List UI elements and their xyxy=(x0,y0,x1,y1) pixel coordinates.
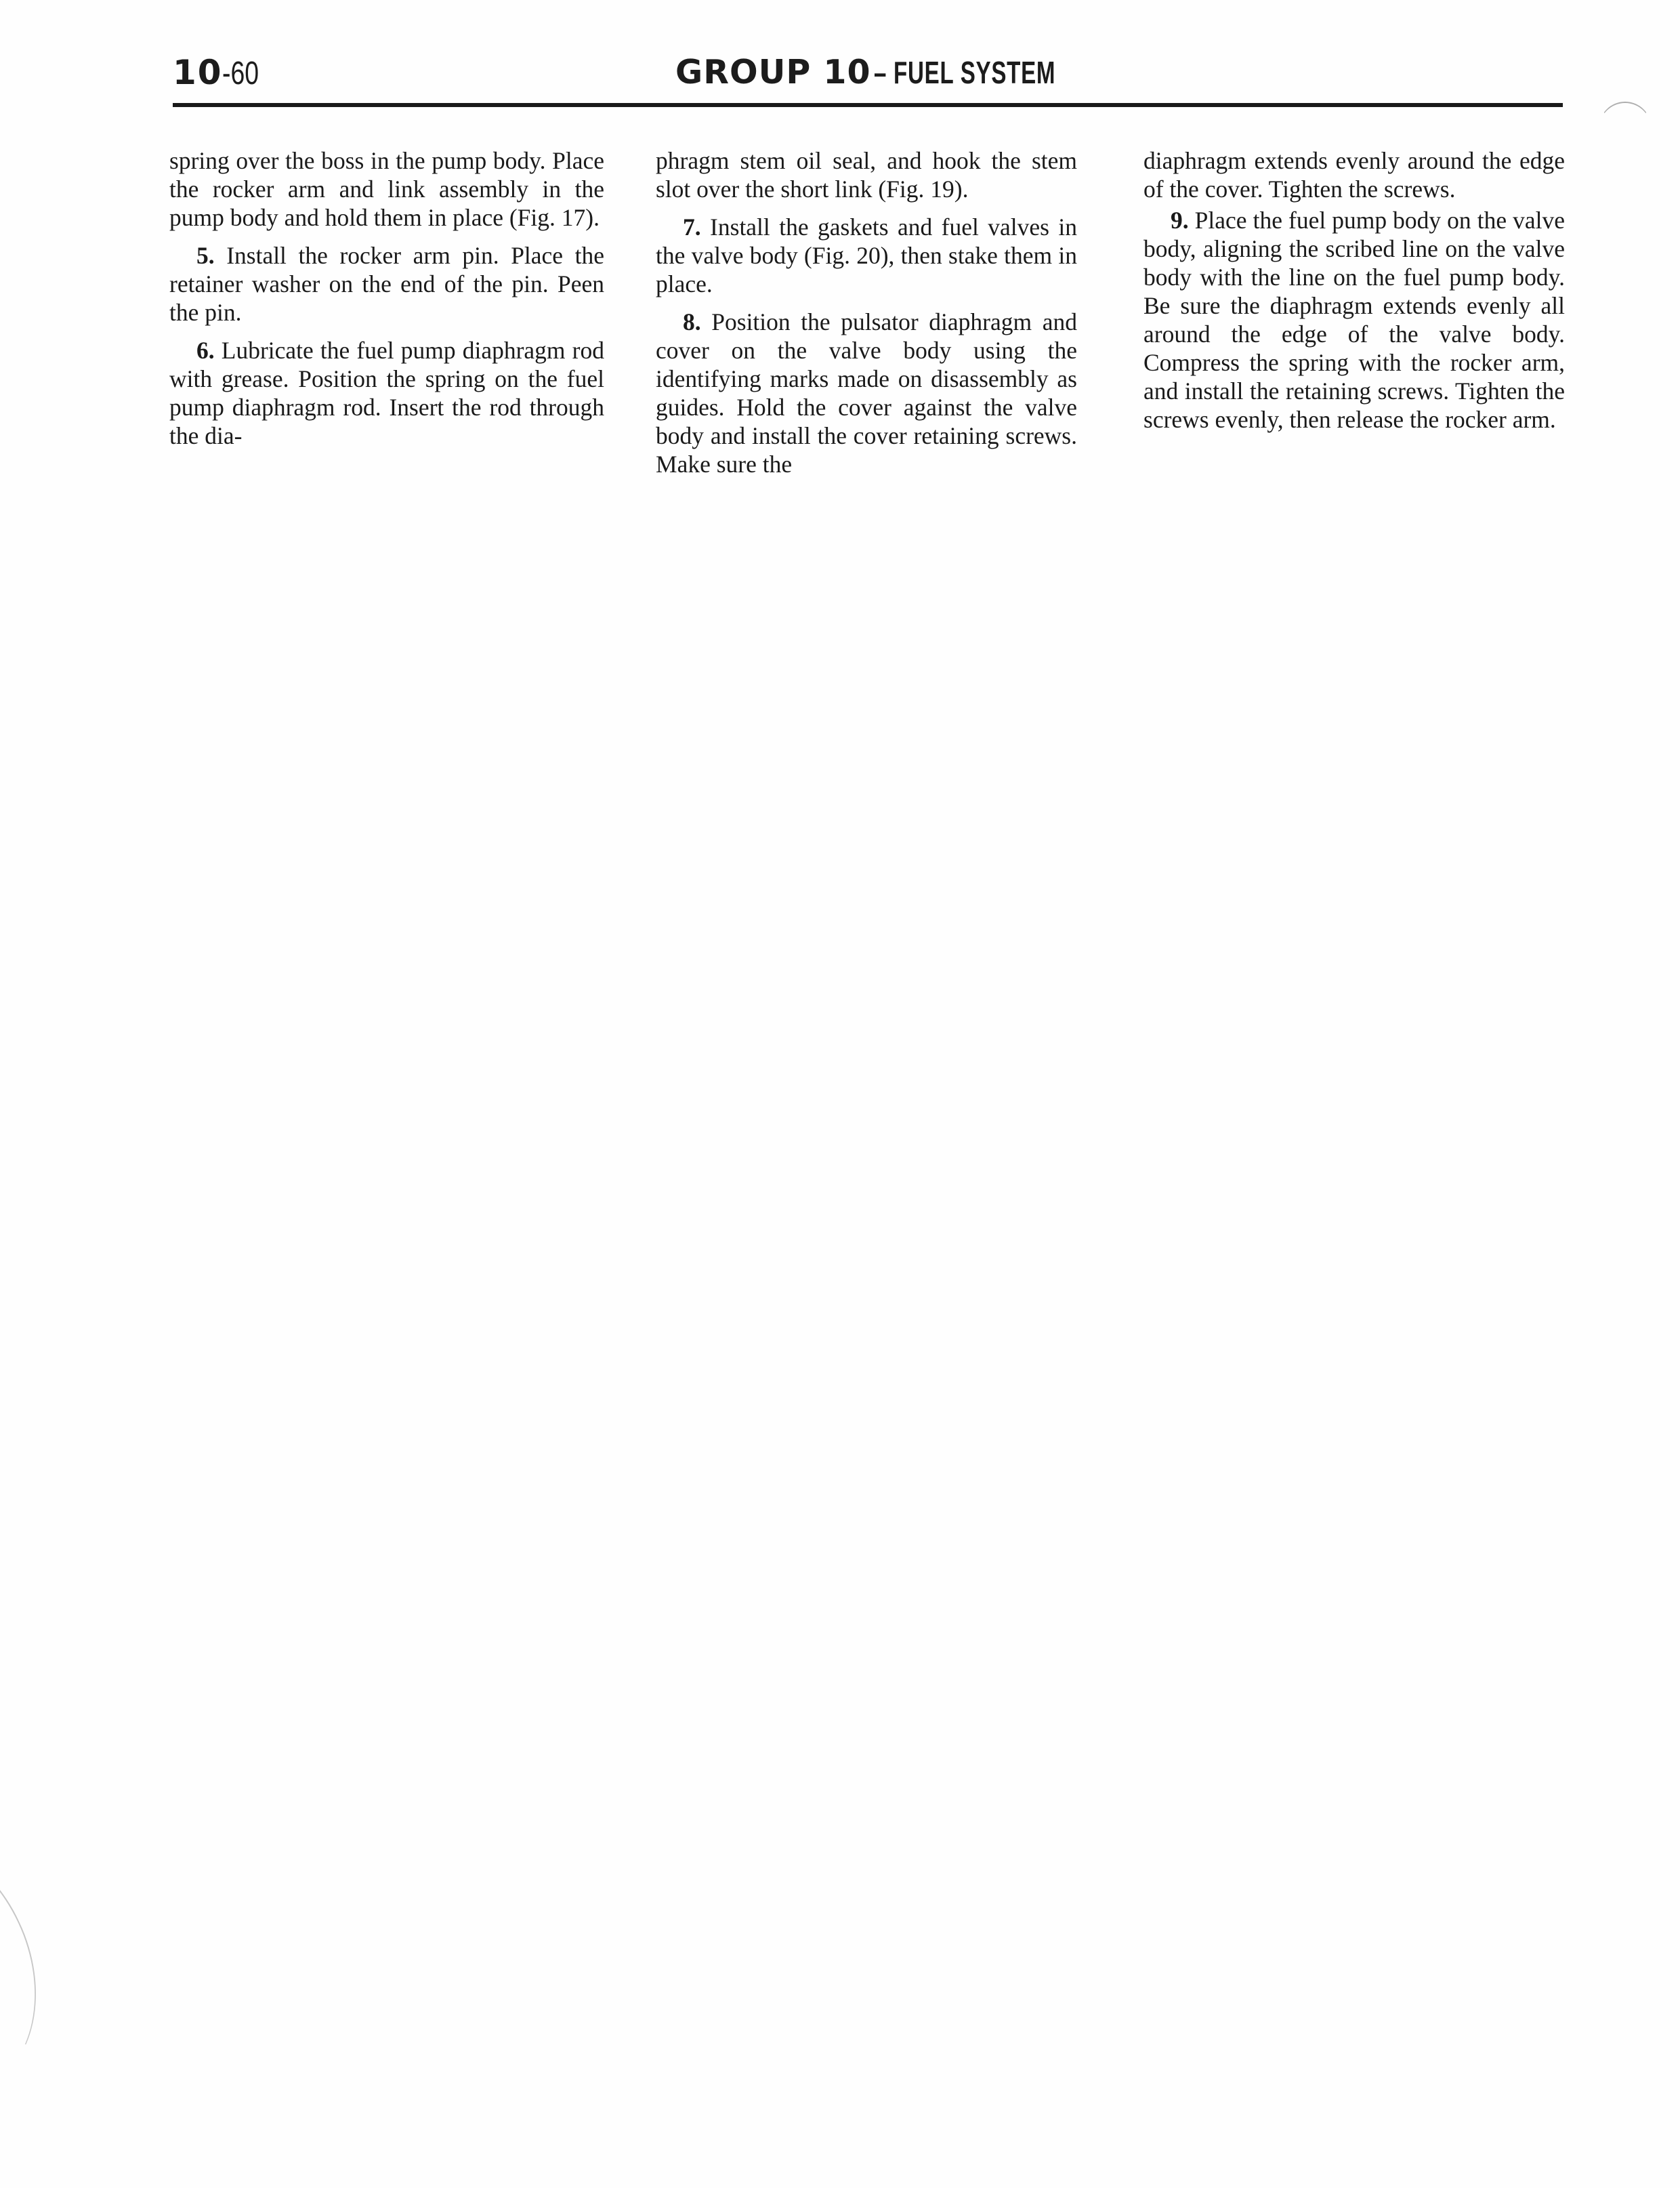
step-5-paragraph: 5. Install the rocker arm pin. Place the… xyxy=(169,241,604,327)
paragraph-text: Install the gaskets and fuel valves in t… xyxy=(656,213,1077,297)
running-title: GROUP 10 – FUEL SYSTEM xyxy=(675,56,1126,89)
paragraph-continuation: spring over the boss in the pump body. P… xyxy=(169,146,604,232)
header-rule xyxy=(173,103,1563,107)
step-number: 8. xyxy=(683,308,701,335)
page-number-page: -60 xyxy=(222,58,259,90)
manual-page: 10-60 GROUP 10 – FUEL SYSTEM spring over… xyxy=(0,0,1680,2188)
text-column-2: phragm stem oil seal, and hook the stem … xyxy=(656,146,1077,488)
step-6-paragraph: 6. Lubricate the fuel pump dia­phragm ro… xyxy=(169,336,604,450)
step-8-paragraph: 8. Position the pulsator diaphragm and c… xyxy=(656,308,1077,478)
page-edge-curl-mark xyxy=(0,1799,77,2132)
paragraph-text: Position the pulsator diaphragm and cove… xyxy=(656,308,1077,478)
paragraph-continuation: diaphragm extends evenly around the edge… xyxy=(1143,146,1565,203)
page-number-group: 10 xyxy=(173,53,223,92)
text-column-3: diaphragm extends evenly around the edge… xyxy=(1143,146,1565,443)
page-corner-curl-mark xyxy=(1599,102,1652,155)
step-number: 9. xyxy=(1171,207,1189,234)
paragraph-continuation: phragm stem oil seal, and hook the stem … xyxy=(656,146,1077,203)
paragraph-text: Install the rocker arm pin. Place the re… xyxy=(169,242,604,326)
paragraph-text: Lubricate the fuel pump dia­phragm rod w… xyxy=(169,337,604,449)
paragraph-text: Place the fuel pump body on the valve bo… xyxy=(1143,207,1565,433)
step-number: 5. xyxy=(196,242,215,269)
step-number: 6. xyxy=(196,337,215,364)
running-title-section: – FUEL SYSTEM xyxy=(874,57,1055,88)
step-9-paragraph: 9. Place the fuel pump body on the valve… xyxy=(1143,206,1565,434)
text-column-1: spring over the boss in the pump body. P… xyxy=(169,146,604,459)
step-7-paragraph: 7. Install the gaskets and fuel valves i… xyxy=(656,213,1077,298)
step-number: 7. xyxy=(683,213,701,241)
paragraph-text: phragm stem oil seal, and hook the stem … xyxy=(656,147,1077,203)
paragraph-text: spring over the boss in the pump body. P… xyxy=(169,147,604,231)
page-number: 10-60 xyxy=(173,56,269,90)
page-header: 10-60 GROUP 10 – FUEL SYSTEM xyxy=(173,56,1563,103)
paragraph-text: diaphragm extends evenly around the edge… xyxy=(1143,147,1565,203)
running-title-group: GROUP 10 xyxy=(675,53,871,91)
